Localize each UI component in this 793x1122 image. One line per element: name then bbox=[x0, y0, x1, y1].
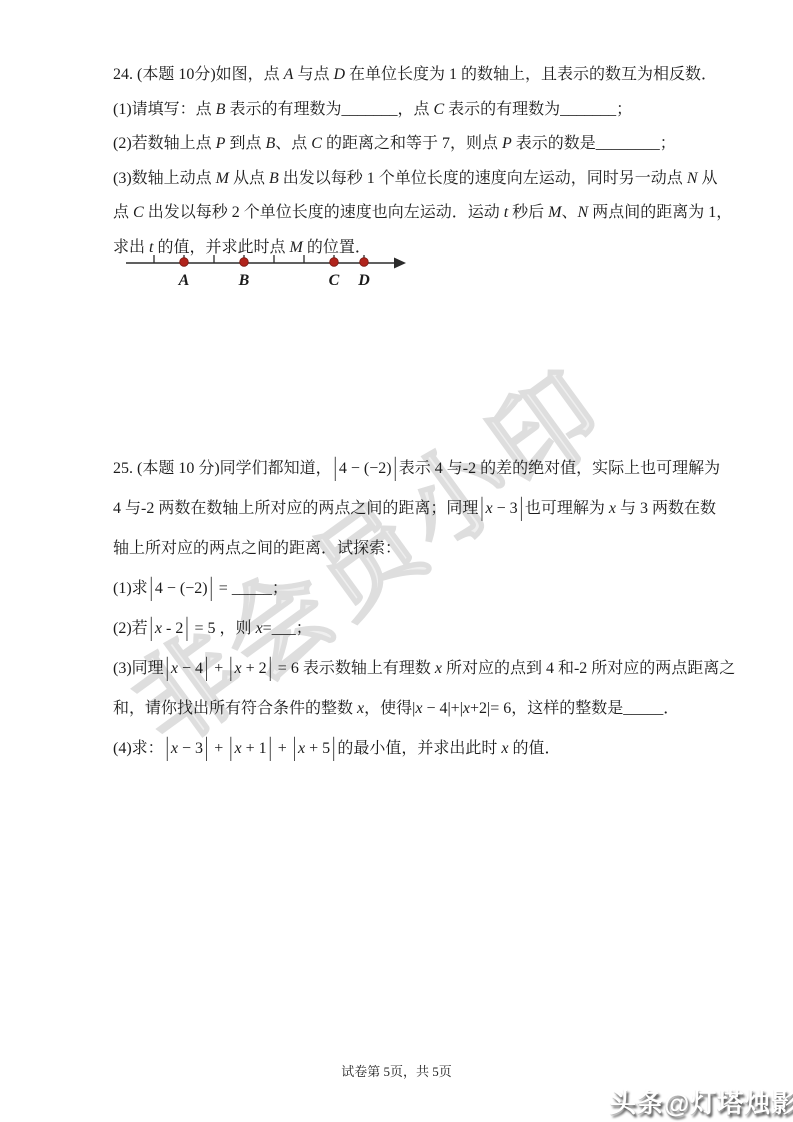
text-line: (3)同理|x − 4| + |x + 2| = 6 表示数轴上有理数 x 所对… bbox=[113, 649, 723, 689]
math-expression: − 4|+| bbox=[422, 700, 462, 717]
text-line: (1)求|4 − (−2)| = _____； bbox=[113, 569, 723, 609]
math-variable: P bbox=[502, 135, 512, 152]
text-run: ． bbox=[663, 700, 679, 717]
math-variable: N bbox=[687, 170, 698, 187]
text-run: 在单位长度为 1 的数轴上，且表示的数互为相反数． bbox=[345, 66, 717, 83]
text-run: 与 3 两数在数 bbox=[616, 500, 716, 517]
math-variable: M bbox=[216, 170, 229, 187]
abs-bar: | bbox=[205, 716, 208, 782]
text-run: (1)请填写：点 bbox=[113, 101, 216, 118]
math-expression: + bbox=[210, 660, 227, 677]
text-run: ，点 bbox=[397, 101, 433, 118]
text-run: ，则 bbox=[220, 620, 256, 637]
abs-bar: | bbox=[229, 636, 232, 702]
math-variable: x bbox=[486, 500, 493, 517]
text-run: (3)数轴上动点 bbox=[113, 170, 216, 187]
math-expression: - 2 bbox=[162, 620, 183, 637]
point-dot bbox=[360, 258, 369, 267]
text-line: 24. (本题 10分)如图，点 A 与点 D 在单位长度为 1 的数轴上，且表… bbox=[113, 58, 713, 93]
math-variable: B bbox=[216, 101, 226, 118]
text-run: 、 bbox=[562, 204, 578, 221]
text-run: 24. (本题 10分)如图，点 bbox=[113, 66, 284, 83]
text-run: 与点 bbox=[293, 66, 333, 83]
math-expression: + 5 bbox=[305, 740, 330, 757]
math-variable: N bbox=[578, 204, 589, 221]
math-variable: C bbox=[433, 101, 444, 118]
test-paper-page: 非会员小印 24. (本题 10分)如图，点 A 与点 D 在单位长度为 1 的… bbox=[0, 0, 793, 1122]
abs-bar: | bbox=[520, 476, 523, 542]
text-run: ，这样的整数是 bbox=[511, 700, 623, 717]
math-expression: +2|= 6 bbox=[470, 700, 511, 717]
abs-bar: | bbox=[480, 476, 483, 542]
abs-bar: | bbox=[229, 716, 232, 782]
text-run: 表示的有理数为 bbox=[225, 101, 341, 118]
math-variable: M bbox=[548, 204, 561, 221]
math-expression: − 3 bbox=[178, 740, 203, 757]
math-expression: + 2 bbox=[242, 660, 267, 677]
math-variable: x bbox=[463, 700, 470, 717]
math-expression: + bbox=[210, 740, 227, 757]
abs-bar: | bbox=[150, 596, 153, 662]
blank-underline: _______ bbox=[560, 101, 616, 118]
text-run: 、点 bbox=[275, 135, 311, 152]
math-expression: = bbox=[215, 580, 232, 597]
math-variable: x bbox=[435, 660, 442, 677]
question-24-body: 24. (本题 10分)如图，点 A 与点 D 在单位长度为 1 的数轴上，且表… bbox=[113, 58, 713, 265]
question-25-body: 25. (本题 10 分)同学们都知道，|4 − (−2)|表示 4 与-2 的… bbox=[113, 449, 723, 769]
abs-bar: | bbox=[394, 436, 397, 502]
abs-bar: | bbox=[166, 636, 169, 702]
text-line: (1)请填写：点 B 表示的有理数为_______，点 C 表示的有理数为___… bbox=[113, 93, 713, 128]
abs-bar: | bbox=[166, 716, 169, 782]
math-expression: = bbox=[263, 620, 272, 637]
text-run: 也可理解为 bbox=[525, 500, 609, 517]
math-expression: + 1 bbox=[242, 740, 267, 757]
abs-bar: | bbox=[185, 596, 188, 662]
math-variable: x bbox=[256, 620, 263, 637]
math-expression: = 6 bbox=[274, 660, 303, 677]
math-expression: − 4 bbox=[178, 660, 203, 677]
text-run: ； bbox=[296, 620, 312, 637]
math-variable: x bbox=[609, 500, 616, 517]
math-variable: P bbox=[216, 135, 226, 152]
point-dot bbox=[330, 258, 339, 267]
text-run: 和，请你找出所有符合条件的整数 bbox=[113, 700, 357, 717]
text-run: 所对应的点到 4 和-2 所对应的两点距离之 bbox=[442, 660, 735, 677]
math-variable: A bbox=[284, 66, 294, 83]
point-label: B bbox=[238, 272, 250, 289]
text-line: (4)求：|x − 3| + |x + 1| + |x + 5|的最小值，并求出… bbox=[113, 729, 723, 769]
blank-underline: _____ bbox=[232, 580, 272, 597]
point-dot bbox=[240, 258, 249, 267]
text-run: 从 bbox=[697, 170, 717, 187]
text-run: (2)若数轴上点 bbox=[113, 135, 216, 152]
text-line: 4 与-2 两数在数轴上所对应的两点之间的距离；同理|x − 3|也可理解为 x… bbox=[113, 489, 723, 529]
text-run: 25. (本题 10 分)同学们都知道， bbox=[113, 460, 332, 477]
text-run: (1)求 bbox=[113, 580, 148, 597]
abs-bar: | bbox=[332, 716, 335, 782]
text-run: 表示数轴上有理数 bbox=[303, 660, 435, 677]
text-line: 轴上所对应的两点之间的距离．试探索： bbox=[113, 529, 723, 569]
text-run: 4 与-2 两数在数轴上所对应的两点之间的距离；同理 bbox=[113, 500, 478, 517]
text-run: (2)若 bbox=[113, 620, 148, 637]
text-run: 点 bbox=[113, 204, 133, 221]
blank-underline: ___ bbox=[272, 620, 296, 637]
text-run: (3)同理 bbox=[113, 660, 164, 677]
math-variable: x bbox=[501, 740, 508, 757]
math-variable: x bbox=[171, 660, 178, 677]
text-run: ； bbox=[660, 135, 676, 152]
text-run: 的值． bbox=[509, 740, 561, 757]
text-line: 25. (本题 10 分)同学们都知道，|4 − (−2)|表示 4 与-2 的… bbox=[113, 449, 723, 489]
text-run: 两点间的距离为 1， bbox=[588, 204, 732, 221]
math-variable: D bbox=[333, 66, 345, 83]
corner-watermark: 头条@灯塔烛影 bbox=[610, 1083, 793, 1120]
abs-bar: | bbox=[205, 636, 208, 702]
abs-bar: | bbox=[269, 636, 272, 702]
text-line: (2)若数轴上点 P 到点 B、点 C 的距离之和等于 7，则点 P 表示的数是… bbox=[113, 127, 713, 162]
text-run: 轴上所对应的两点之间的距离．试探索： bbox=[113, 540, 401, 557]
blank-underline: ________ bbox=[596, 135, 660, 152]
text-run: 表示的数是 bbox=[512, 135, 596, 152]
text-run: 出发以每秒 1 个单位长度的速度向左运动，同时另一动点 bbox=[279, 170, 687, 187]
text-run: 表示的有理数为 bbox=[444, 101, 560, 118]
math-expression: 4 − (−2) bbox=[339, 460, 392, 477]
math-variable: B bbox=[269, 170, 279, 187]
text-run: 的最小值，并求出此时 bbox=[337, 740, 501, 757]
text-run: 的距离之和等于 7，则点 bbox=[322, 135, 502, 152]
text-run: ； bbox=[616, 101, 632, 118]
page-footer: 试卷第 5页，共 5页 bbox=[0, 1061, 793, 1080]
abs-bar: | bbox=[269, 716, 272, 782]
text-line: (3)数轴上动点 M 从点 B 出发以每秒 1 个单位长度的速度向左运动，同时另… bbox=[113, 162, 713, 197]
text-line: 点 C 出发以每秒 2 个单位长度的速度也向左运动．运动 t 秒后 M、N 两点… bbox=[113, 196, 713, 231]
point-label: C bbox=[329, 272, 340, 289]
number-line-svg: ABCD bbox=[122, 243, 422, 293]
point-label: A bbox=[178, 272, 190, 289]
math-variable: x bbox=[171, 740, 178, 757]
math-expression: + bbox=[274, 740, 291, 757]
text-run: 表示 4 与-2 的差的绝对值，实际上也可理解为 bbox=[399, 460, 720, 477]
point-label: D bbox=[357, 272, 370, 289]
math-variable: C bbox=[133, 204, 144, 221]
text-run: 从点 bbox=[229, 170, 269, 187]
math-expression: = 5 bbox=[191, 620, 220, 637]
axis-arrowhead-icon bbox=[394, 258, 406, 269]
point-dot bbox=[180, 258, 189, 267]
blank-underline: _______ bbox=[341, 101, 397, 118]
math-variable: B bbox=[265, 135, 275, 152]
math-expression: 4 − (−2) bbox=[155, 580, 208, 597]
math-variable: x bbox=[234, 740, 241, 757]
text-run: 出发以每秒 2 个单位长度的速度也向左运动．运动 bbox=[144, 204, 504, 221]
blank-underline: _____ bbox=[623, 700, 663, 717]
abs-bar: | bbox=[293, 716, 296, 782]
math-variable: x bbox=[155, 620, 162, 637]
abs-bar: | bbox=[334, 436, 337, 502]
number-line-figure: ABCD bbox=[122, 243, 422, 298]
abs-bar: | bbox=[210, 556, 213, 622]
text-run: 到点 bbox=[225, 135, 265, 152]
math-expression: − 3 bbox=[493, 500, 518, 517]
text-run: ，使得 bbox=[364, 700, 412, 717]
math-variable: x bbox=[234, 660, 241, 677]
text-run: ； bbox=[272, 580, 288, 597]
text-run: 秒后 bbox=[508, 204, 548, 221]
text-run: (4)求： bbox=[113, 740, 164, 757]
math-variable: C bbox=[311, 135, 322, 152]
